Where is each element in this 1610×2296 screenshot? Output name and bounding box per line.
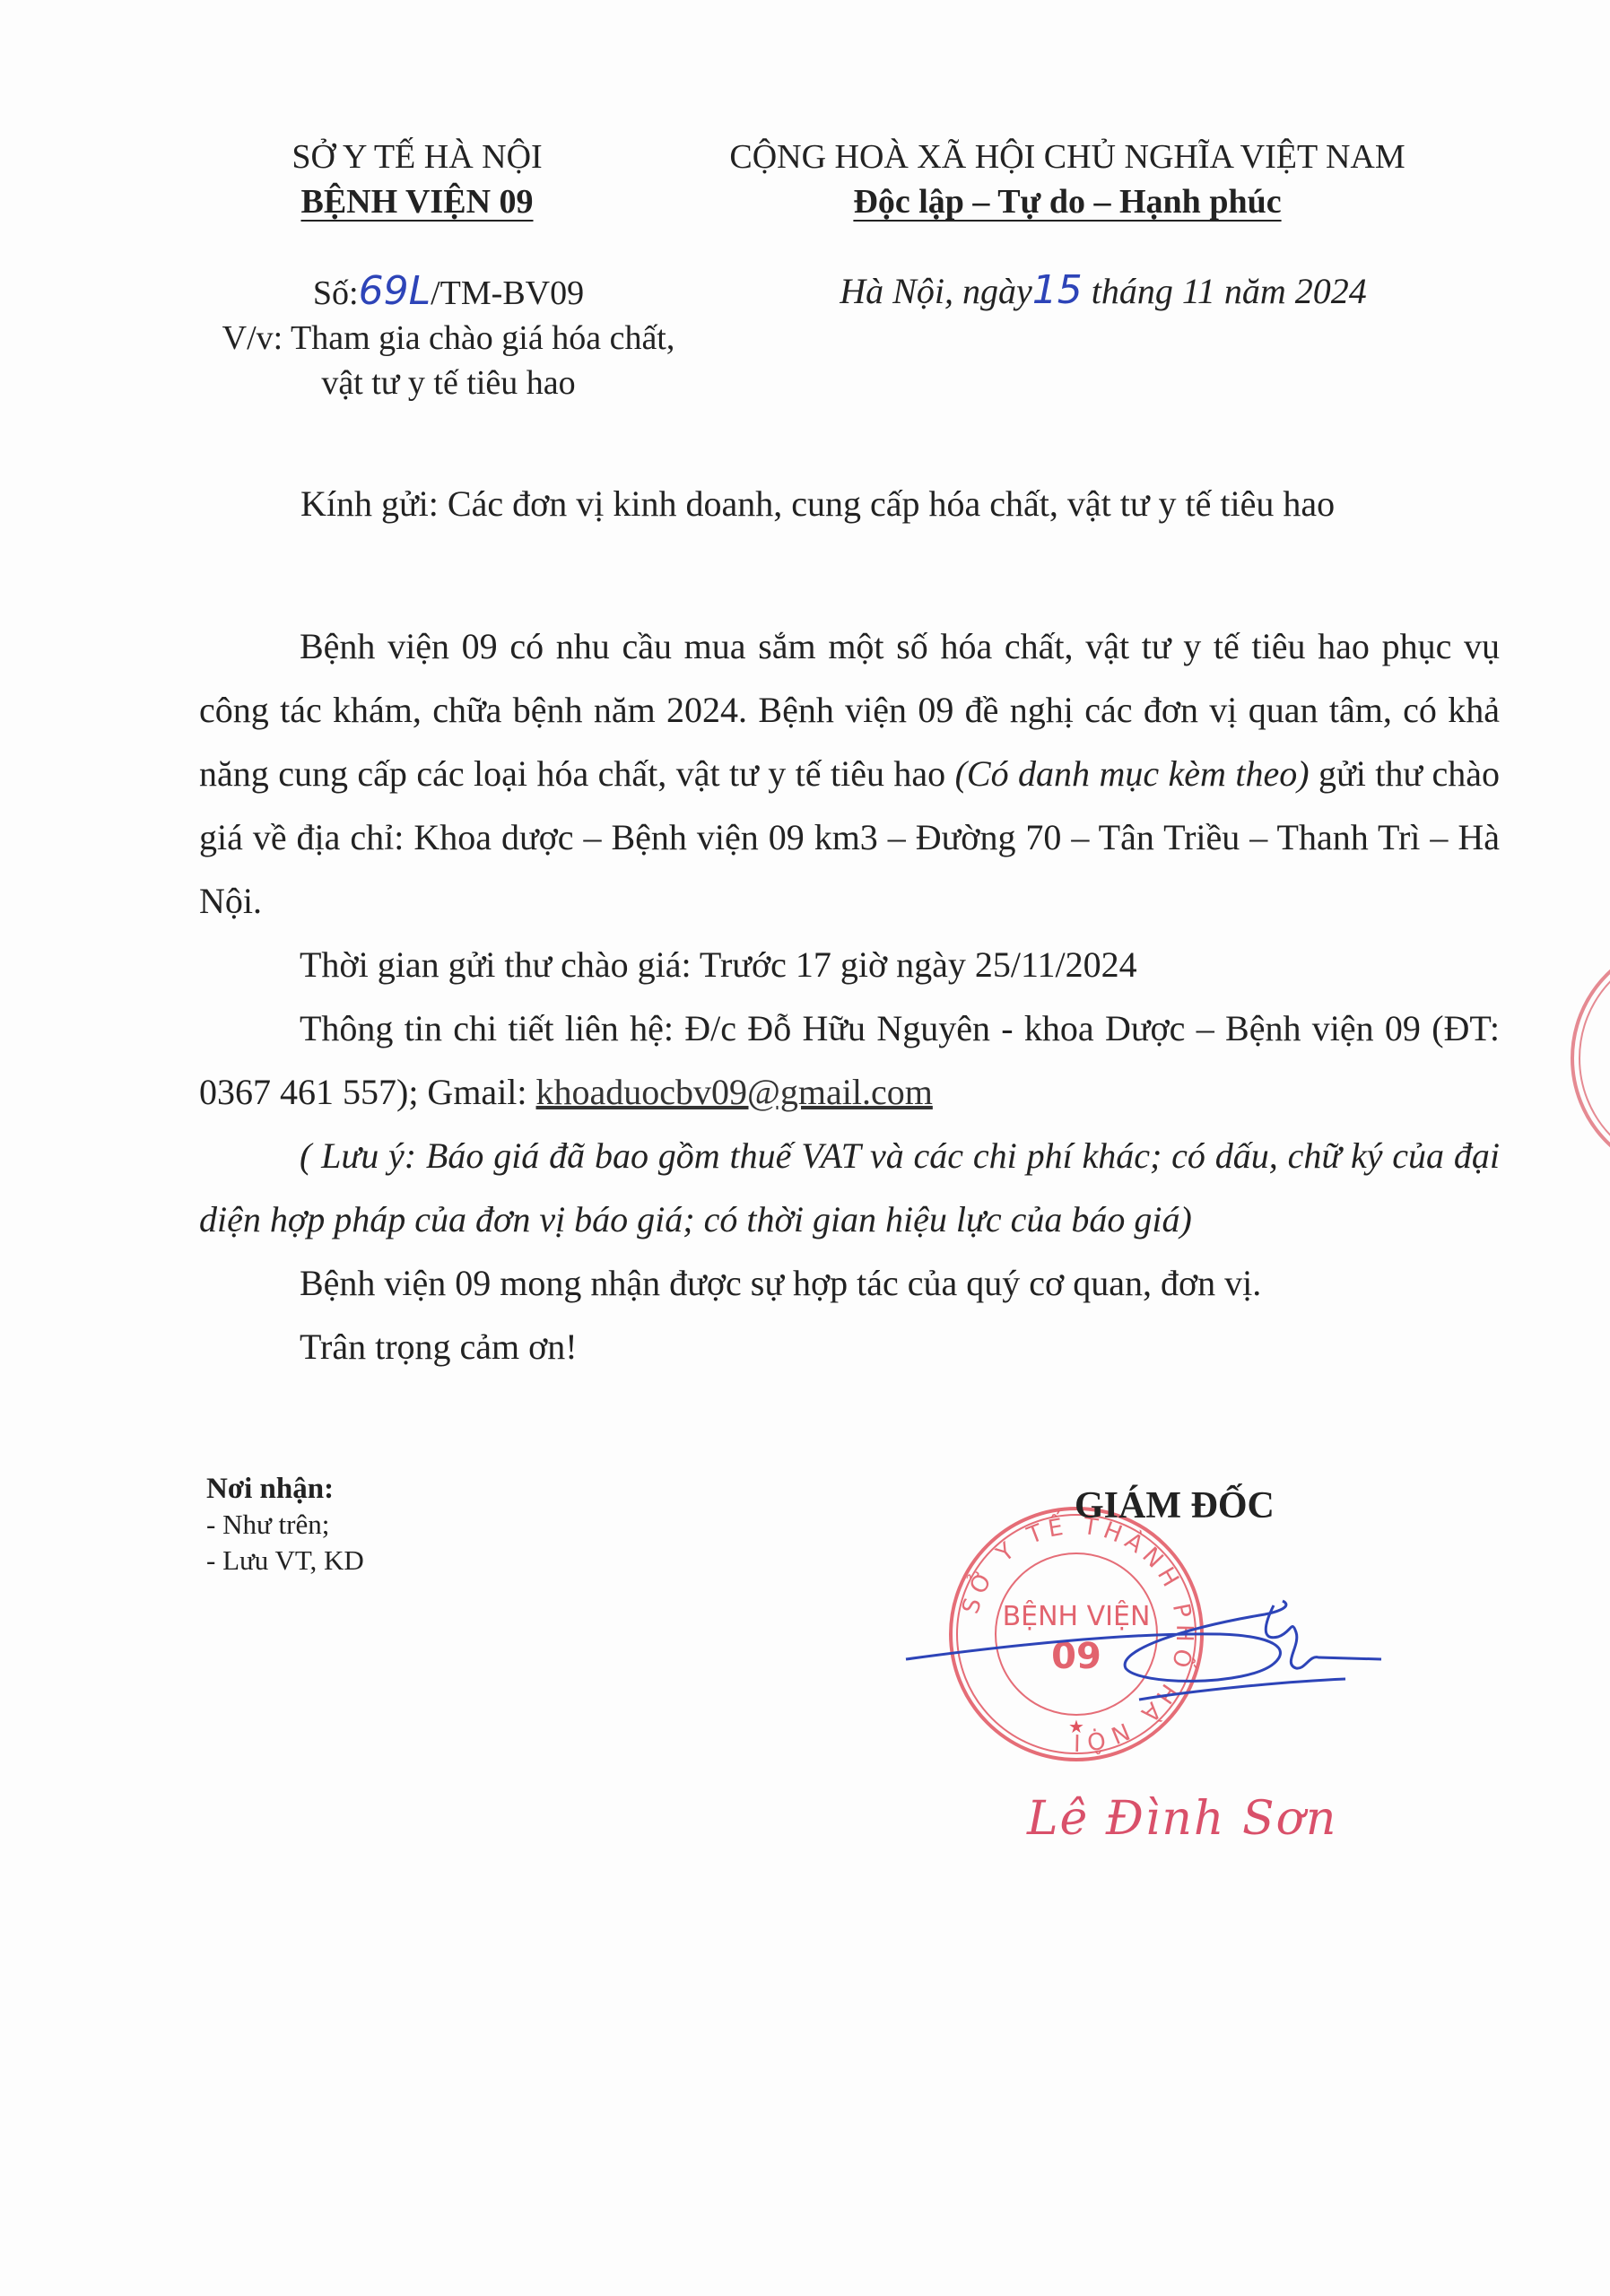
signer-name: Lê Đình Sơn bbox=[1027, 1792, 1337, 1846]
national-header-block: CỘNG HOÀ XÃ HỘI CHỦ NGHĨA VIỆT NAM Độc l… bbox=[664, 135, 1471, 224]
body-paragraph-closing: Bệnh viện 09 mong nhận được sự hợp tác c… bbox=[199, 1251, 1500, 1315]
recipient-item: - Lưu VT, KD bbox=[206, 1543, 364, 1578]
body-paragraph-thanks: Trân trọng cảm ơn! bbox=[199, 1315, 1500, 1378]
body-paragraph-request: Bệnh viện 09 có nhu cầu mua sắm một số h… bbox=[199, 614, 1500, 933]
body-paragraph-deadline: Thời gian gửi thư chào giá: Trước 17 giờ… bbox=[199, 933, 1500, 996]
recipients-title: Nơi nhận: bbox=[206, 1471, 364, 1507]
document-number: Số:69L/TM-BV09 bbox=[197, 269, 700, 316]
salutation: Kính gửi: Các đơn vị kinh doanh, cung cấ… bbox=[300, 483, 1335, 525]
signer-title: GIÁM ĐỐC bbox=[1075, 1484, 1275, 1527]
agency-name: SỞ Y TẾ HÀ NỘI bbox=[215, 135, 619, 179]
partial-stamp-edge bbox=[1543, 933, 1610, 1184]
handwritten-number: 69L bbox=[359, 268, 431, 314]
letter-body: Bệnh viện 09 có nhu cầu mua sắm một số h… bbox=[199, 614, 1500, 1378]
nation-name: CỘNG HOÀ XÃ HỘI CHỦ NGHĨA VIỆT NAM bbox=[664, 135, 1471, 179]
subject-line-1: V/v: Tham gia chào giá hóa chất, bbox=[197, 316, 700, 361]
document-reference: Số:69L/TM-BV09 V/v: Tham gia chào giá hó… bbox=[197, 269, 700, 405]
handwritten-day: 15 bbox=[1032, 267, 1083, 313]
issuing-agency-block: SỞ Y TẾ HÀ NỘI BỆNH VIỆN 09 bbox=[215, 135, 619, 224]
subject-line-2: vật tư y tế tiêu hao bbox=[197, 361, 700, 405]
handwritten-signature bbox=[897, 1578, 1399, 1722]
body-paragraph-contact: Thông tin chi tiết liên hệ: Đ/c Đỗ Hữu N… bbox=[199, 996, 1500, 1124]
recipients-block: Nơi nhận: - Như trên; - Lưu VT, KD bbox=[206, 1471, 364, 1578]
recipient-item: - Như trên; bbox=[206, 1507, 364, 1543]
national-motto: Độc lập – Tự do – Hạnh phúc bbox=[664, 179, 1471, 224]
email-link[interactable]: khoaduocbv09@gmail.com bbox=[536, 1072, 933, 1112]
body-paragraph-note: ( Lưu ý: Báo giá đã bao gồm thuế VAT và … bbox=[199, 1124, 1500, 1251]
organization-name: BỆNH VIỆN 09 bbox=[215, 179, 619, 224]
document-date: Hà Nội, ngày15 tháng 11 năm 2024 bbox=[789, 267, 1417, 313]
